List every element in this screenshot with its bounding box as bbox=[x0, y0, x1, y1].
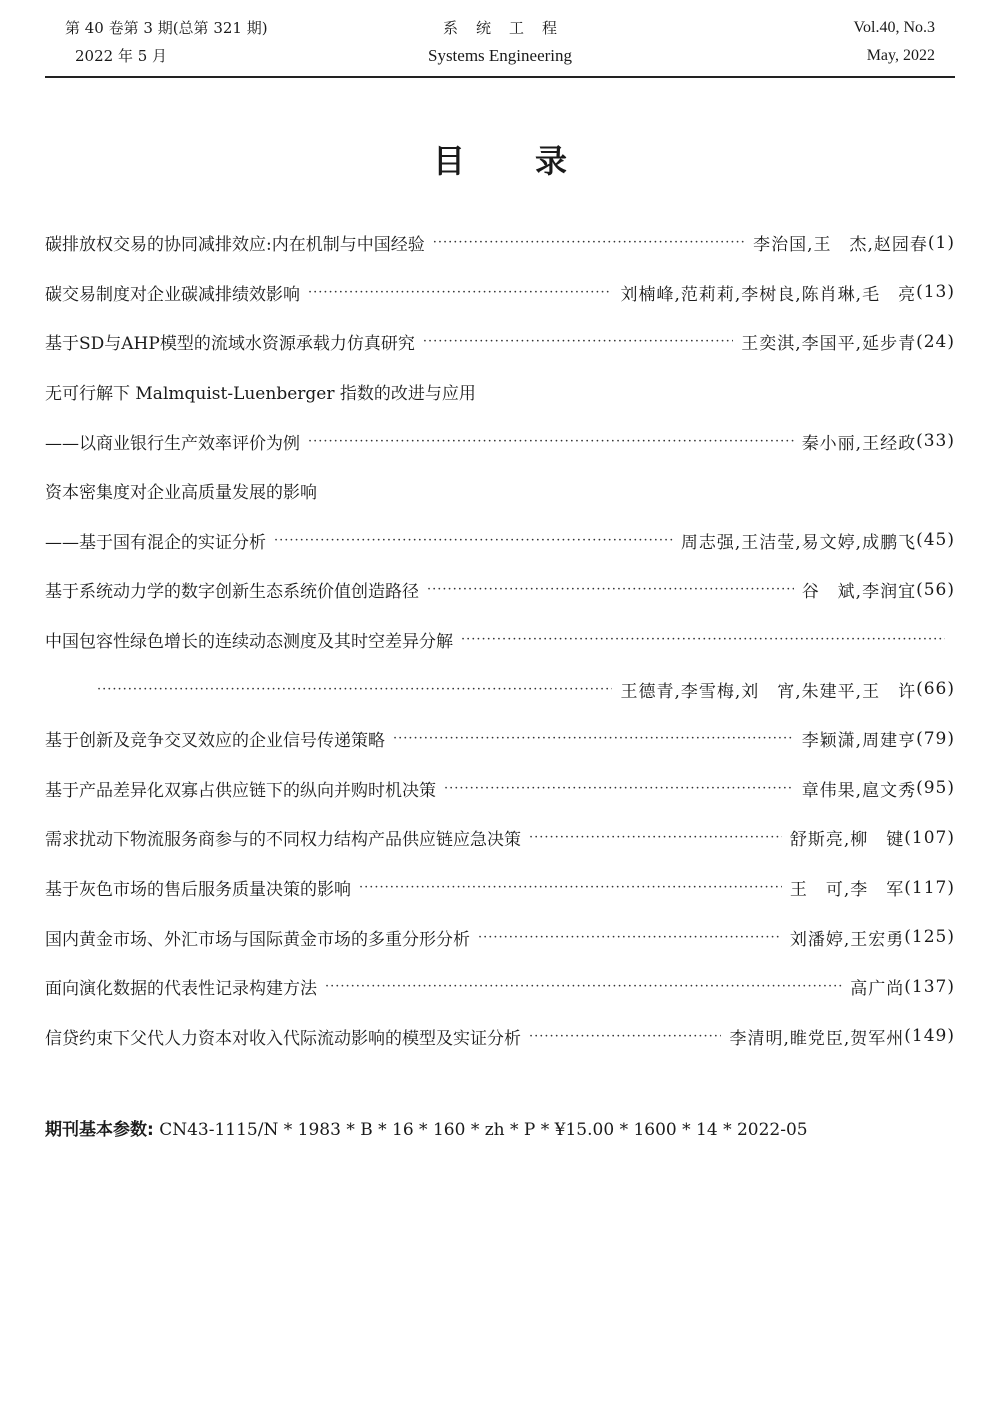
leader-dots bbox=[478, 930, 782, 945]
entry-title: 碳交易制度对企业碳减排绩效影响 bbox=[45, 280, 300, 305]
toc-entry[interactable]: 需求扰动下物流服务商参与的不同权力结构产品供应链应急决策舒斯亮,柳 键(107) bbox=[45, 813, 955, 863]
toc-entry[interactable]: 基于系统动力学的数字创新生态系统价值创造路径谷 斌,李润宜(56) bbox=[45, 565, 955, 615]
leader-dots bbox=[274, 533, 673, 548]
entry-authors: 章伟果,扈文秀 bbox=[802, 776, 916, 801]
entry-page: (95) bbox=[916, 778, 955, 798]
entry-page: (117) bbox=[904, 878, 955, 898]
leader-dots bbox=[325, 979, 842, 994]
entry-title: 资本密集度对企业高质量发展的影响 bbox=[45, 478, 317, 503]
toc-entry-title-line[interactable]: 资本密集度对企业高质量发展的影响 bbox=[45, 466, 955, 516]
toc-entry-subtitle-line[interactable]: ——基于国有混企的实证分析周志强,王洁莹,易文婷,成鹏飞(45) bbox=[45, 516, 955, 566]
entry-title: 基于灰色市场的售后服务质量决策的影响 bbox=[45, 875, 351, 900]
issue-info-en: Vol.40, No.3 May, 2022 bbox=[854, 14, 936, 70]
entry-title: 基于系统动力学的数字创新生态系统价值创造路径 bbox=[45, 577, 419, 602]
entry-authors: 王奕淇,李国平,延步青 bbox=[741, 329, 916, 354]
journal-header: 第 40 卷第 3 期(总第 321 期) 2022 年 5 月 系统工程 Sy… bbox=[45, 14, 955, 76]
page-title: 目录 bbox=[0, 136, 1000, 182]
entry-authors: 李清明,睢党臣,贺军州 bbox=[729, 1024, 904, 1049]
entry-authors: 李颖潇,周建亨 bbox=[802, 726, 916, 751]
leader-dots bbox=[427, 582, 794, 597]
entry-page: (149) bbox=[904, 1026, 955, 1046]
header-divider bbox=[45, 76, 955, 78]
entry-title: 中国包容性绿色增长的连续动态测度及其时空差异分解 bbox=[45, 627, 453, 652]
volume-number-en: Vol.40, No.3 bbox=[854, 14, 936, 42]
leader-dots bbox=[359, 880, 782, 895]
journal-name-cn: 系统工程 bbox=[45, 14, 955, 42]
entry-page: (45) bbox=[916, 530, 955, 550]
toc-entry-continuation[interactable]: 王德青,李雪梅,刘 宵,朱建平,王 许(66) bbox=[45, 664, 955, 714]
entry-title: 碳排放权交易的协同减排效应:内在机制与中国经验 bbox=[45, 230, 425, 255]
entry-authors: 秦小丽,王经政 bbox=[802, 429, 916, 454]
entry-authors: 刘潘婷,王宏勇 bbox=[790, 925, 904, 950]
toc-entry[interactable]: 基于SD与AHP模型的流域水资源承载力仿真研究王奕淇,李国平,延步青(24) bbox=[45, 317, 955, 367]
entry-page: (56) bbox=[916, 580, 955, 600]
entry-authors: 刘楠峰,范莉莉,李树良,陈肖琳,毛 亮 bbox=[620, 280, 916, 305]
leader-dots bbox=[308, 434, 794, 449]
entry-authors: 谷 斌,李润宜 bbox=[802, 577, 916, 602]
toc-entry[interactable]: 基于创新及竞争交叉效应的企业信号传递策略李颖潇,周建亨(79) bbox=[45, 714, 955, 764]
entry-subtitle: ——基于国有混企的实证分析 bbox=[45, 528, 266, 553]
entry-title: 基于创新及竞争交叉效应的企业信号传递策略 bbox=[45, 726, 385, 751]
entry-page: (1) bbox=[928, 233, 955, 253]
leader-dots bbox=[393, 731, 794, 746]
entry-title: 国内黄金市场、外汇市场与国际黄金市场的多重分形分析 bbox=[45, 925, 470, 950]
entry-title: 信贷约束下父代人力资本对收入代际流动影响的模型及实证分析 bbox=[45, 1024, 521, 1049]
leader-dots bbox=[97, 682, 612, 697]
entry-subtitle: ——以商业银行生产效率评价为例 bbox=[45, 429, 300, 454]
journal-name: 系统工程 Systems Engineering bbox=[45, 14, 955, 70]
entry-title: 面向演化数据的代表性记录构建方法 bbox=[45, 974, 317, 999]
toc-entry[interactable]: 碳交易制度对企业碳减排绩效影响刘楠峰,范莉莉,李树良,陈肖琳,毛 亮(13) bbox=[45, 268, 955, 318]
leader-dots bbox=[444, 781, 794, 796]
entry-page: (107) bbox=[904, 828, 955, 848]
leader-dots bbox=[461, 632, 945, 647]
journal-name-en: Systems Engineering bbox=[45, 42, 955, 70]
journal-parameters: 期刊基本参数: CN43-1115/N * 1983 * B * 16 * 16… bbox=[45, 1115, 808, 1140]
leader-dots bbox=[308, 285, 612, 300]
toc-entry-title-line[interactable]: 无可行解下 Malmquist-Luenberger 指数的改进与应用 bbox=[45, 367, 955, 417]
leader-dots bbox=[529, 830, 782, 845]
entry-title: 需求扰动下物流服务商参与的不同权力结构产品供应链应急决策 bbox=[45, 825, 521, 850]
parameters-value: CN43-1115/N * 1983 * B * 16 * 160 * zh *… bbox=[159, 1120, 807, 1140]
entry-authors: 舒斯亮,柳 键 bbox=[790, 825, 904, 850]
toc-entry[interactable]: 信贷约束下父代人力资本对收入代际流动影响的模型及实证分析李清明,睢党臣,贺军州(… bbox=[45, 1012, 955, 1062]
entry-authors: 王 可,李 军 bbox=[790, 875, 904, 900]
entry-page: (79) bbox=[916, 729, 955, 749]
entry-authors: 李治国,王 杰,赵园春 bbox=[753, 230, 928, 255]
toc-entry[interactable]: 碳排放权交易的协同减排效应:内在机制与中国经验李治国,王 杰,赵园春(1) bbox=[45, 218, 955, 268]
entry-title: 无可行解下 Malmquist-Luenberger 指数的改进与应用 bbox=[45, 379, 476, 404]
entry-page: (24) bbox=[916, 332, 955, 352]
leader-dots bbox=[423, 334, 733, 349]
leader-dots bbox=[529, 1029, 721, 1044]
leader-dots bbox=[433, 235, 745, 250]
toc-entry[interactable]: 基于产品差异化双寡占供应链下的纵向并购时机决策章伟果,扈文秀(95) bbox=[45, 764, 955, 814]
entry-page: (13) bbox=[916, 282, 955, 302]
entry-page: (33) bbox=[916, 431, 955, 451]
toc-entry-title-line[interactable]: 中国包容性绿色增长的连续动态测度及其时空差异分解 bbox=[45, 615, 955, 665]
parameters-label: 期刊基本参数: bbox=[45, 1120, 154, 1140]
toc-entry-subtitle-line[interactable]: ——以商业银行生产效率评价为例秦小丽,王经政(33) bbox=[45, 416, 955, 466]
entry-authors: 周志强,王洁莹,易文婷,成鹏飞 bbox=[681, 528, 916, 553]
toc-entry[interactable]: 基于灰色市场的售后服务质量决策的影响王 可,李 军(117) bbox=[45, 863, 955, 913]
entry-authors: 高广尚 bbox=[850, 974, 904, 999]
toc-entry[interactable]: 面向演化数据的代表性记录构建方法高广尚(137) bbox=[45, 962, 955, 1012]
entry-page: (137) bbox=[904, 977, 955, 997]
entry-page: (125) bbox=[904, 927, 955, 947]
entry-title: 基于产品差异化双寡占供应链下的纵向并购时机决策 bbox=[45, 776, 436, 801]
entry-authors: 王德青,李雪梅,刘 宵,朱建平,王 许 bbox=[620, 677, 916, 702]
entry-title: 基于SD与AHP模型的流域水资源承载力仿真研究 bbox=[45, 329, 415, 354]
issue-date-en: May, 2022 bbox=[854, 42, 936, 70]
toc-entry[interactable]: 国内黄金市场、外汇市场与国际黄金市场的多重分形分析刘潘婷,王宏勇(125) bbox=[45, 912, 955, 962]
entry-page: (66) bbox=[916, 679, 955, 699]
table-of-contents: 碳排放权交易的协同减排效应:内在机制与中国经验李治国,王 杰,赵园春(1) 碳交… bbox=[45, 218, 955, 1061]
